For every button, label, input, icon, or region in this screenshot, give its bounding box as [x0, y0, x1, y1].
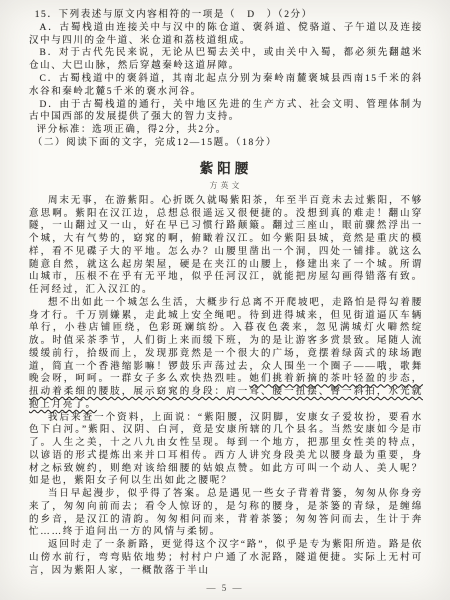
page-number: — 5 — — [0, 583, 450, 593]
essay-paragraph: 返回时走了一条新路，更觉得这个汉字“路”，似乎是专为紫阳所造。路是依山傍水前行，… — [29, 539, 423, 577]
essay-paragraph: 我后来查一个资料，上面说：“紫阳腰，汉阴脚，安康女子爱妆扮，要看水色下白河。”紫… — [29, 412, 423, 489]
question-option: D．由于古蜀栈道的通行，关中地区先进的生产方式、社会文明、管理体制为古中国西部的… — [29, 99, 423, 125]
question-stem: 15．下列表述与原文内容相符的一项是（ D ）（2分） — [29, 9, 423, 22]
essay-title: 紫阳腰 — [29, 157, 423, 177]
paragraph-text: 返回时走了一条新路，更觉得这个汉字“路”，似乎是专为紫阳所造。路是依山傍水前行，… — [29, 540, 423, 576]
essay-author: 方英文 — [29, 180, 423, 191]
page-content: 15．下列表述与原文内容相符的一项是（ D ）（2分） A．古蜀栈道由连接关中与… — [0, 0, 450, 577]
essay-body: 周末无事，在游紫阳。心折既久就喝紫阳茶，年至半百竟未去过紫阳，不够意思啊。紫阳在… — [29, 195, 423, 578]
paragraph-text: 周末无事，在游紫阳。心折既久就喝紫阳茶，年至半百竟未去过紫阳，不够意思啊。紫阳在… — [29, 196, 423, 295]
essay-paragraph: 周末无事，在游紫阳。心折既久就喝紫阳茶，年至半百竟未去过紫阳，不够意思啊。紫阳在… — [29, 195, 423, 297]
scanned-exam-page: 15．下列表述与原文内容相符的一项是（ D ）（2分） A．古蜀栈道由连接关中与… — [0, 0, 450, 600]
paragraph-text: 想不出如此一个城怎么生活，大概步行总离不开爬坡吧，走路怕是得勾着腰身才行。千万别… — [29, 298, 423, 385]
question-options: A．古蜀栈道由连接关中与汉中的陈仓道、褒斜道、傥骆道、子午道以及连接汉中与四川的… — [29, 22, 423, 124]
section-header: （二）阅读下面的文字，完成12—15题。（18分） — [29, 137, 423, 150]
question-option: A．古蜀栈道由连接关中与汉中的陈仓道、褒斜道、傥骆道、子午道以及连接汉中与四川的… — [29, 22, 423, 48]
essay-paragraph: 当日早起漫步，似乎得了答案。总是遇见一些女子背着背篓，匆匆从你身旁来了，匆匆向前… — [29, 488, 423, 539]
essay-paragraph: 想不出如此一个城怎么生活，大概步行总离不开爬坡吧，走路怕是得勾着腰身才行。千万别… — [29, 297, 423, 412]
paragraph-text: 当日早起漫步，似乎得了答案。总是遇见一些女子背着背篓，匆匆从你身旁来了，匆匆向前… — [29, 489, 423, 537]
scoring-note: 评分标准：选项正确，得2分，共2分。 — [29, 124, 423, 137]
paragraph-text: 我后来查一个资料，上面说：“紫阳腰，汉阴脚，安康女子爱妆扮，要看水色下白河。”紫… — [29, 413, 423, 487]
question-option: C．古蜀栈道中的褒斜道，其南北起点分别为秦岭南麓褒城县西南15千米的斜水谷和秦岭… — [29, 73, 423, 99]
question-option: B．对于古代先民来说，无论从巴蜀去关中，或由关中入蜀，都必须先翻越米仓山、大巴山… — [29, 47, 423, 73]
